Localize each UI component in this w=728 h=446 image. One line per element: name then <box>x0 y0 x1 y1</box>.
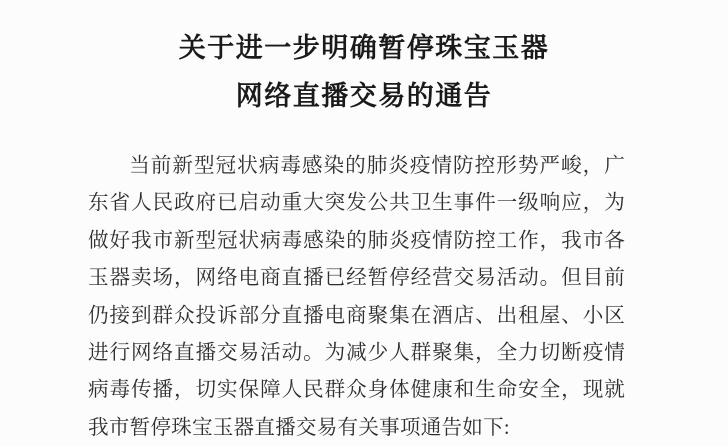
notice-title-line-2: 网络直播交易的通告 <box>0 72 728 120</box>
notice-document-page: 关于进一步明确暂停珠宝玉器 网络直播交易的通告 当前新型冠状病毒感染的肺炎疫情防… <box>0 0 728 446</box>
notice-title: 关于进一步明确暂停珠宝玉器 网络直播交易的通告 <box>0 0 728 120</box>
notice-body: 当前新型冠状病毒感染的肺炎疫情防控形势严峻，广东省人民政府已启动重大突发公共卫生… <box>88 148 625 446</box>
notice-title-line-1: 关于进一步明确暂停珠宝玉器 <box>0 24 728 72</box>
notice-paragraph: 当前新型冠状病毒感染的肺炎疫情防控形势严峻，广东省人民政府已启动重大突发公共卫生… <box>88 148 625 446</box>
